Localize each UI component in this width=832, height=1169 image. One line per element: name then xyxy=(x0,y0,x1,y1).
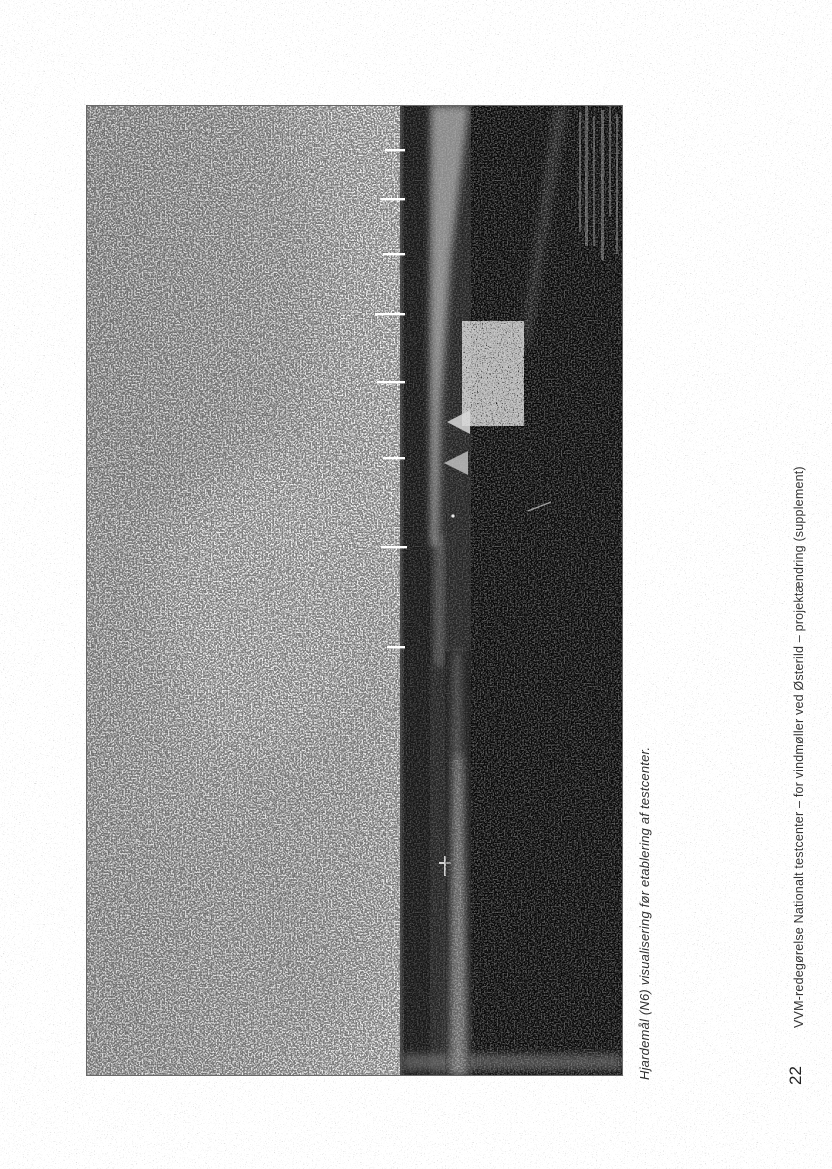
mast-tick xyxy=(375,313,405,315)
page-number: 22 xyxy=(786,1066,806,1085)
mast-tick xyxy=(387,646,405,648)
scanned-document-page: { "page": { "number": "22" }, "figure": … xyxy=(0,0,832,1169)
bush-texture xyxy=(462,321,524,426)
photo-bottom-edge xyxy=(403,1054,622,1070)
mast-tick xyxy=(381,546,407,548)
mast-tick xyxy=(377,381,405,383)
mast-tick xyxy=(383,253,405,255)
figure-caption: Hjardemål (N6) visualisering før etabler… xyxy=(637,747,652,1080)
mast-tick xyxy=(383,457,405,459)
photo-canvas xyxy=(87,106,622,1075)
footer-text: VVM-redegørelse Nationalt testcenter – f… xyxy=(792,466,806,1028)
landscape-visualisation-photo xyxy=(86,105,623,1076)
mast-tick xyxy=(385,149,405,151)
mast-tick xyxy=(381,198,405,200)
road-streak xyxy=(445,651,471,1075)
sky-region xyxy=(87,106,417,1075)
